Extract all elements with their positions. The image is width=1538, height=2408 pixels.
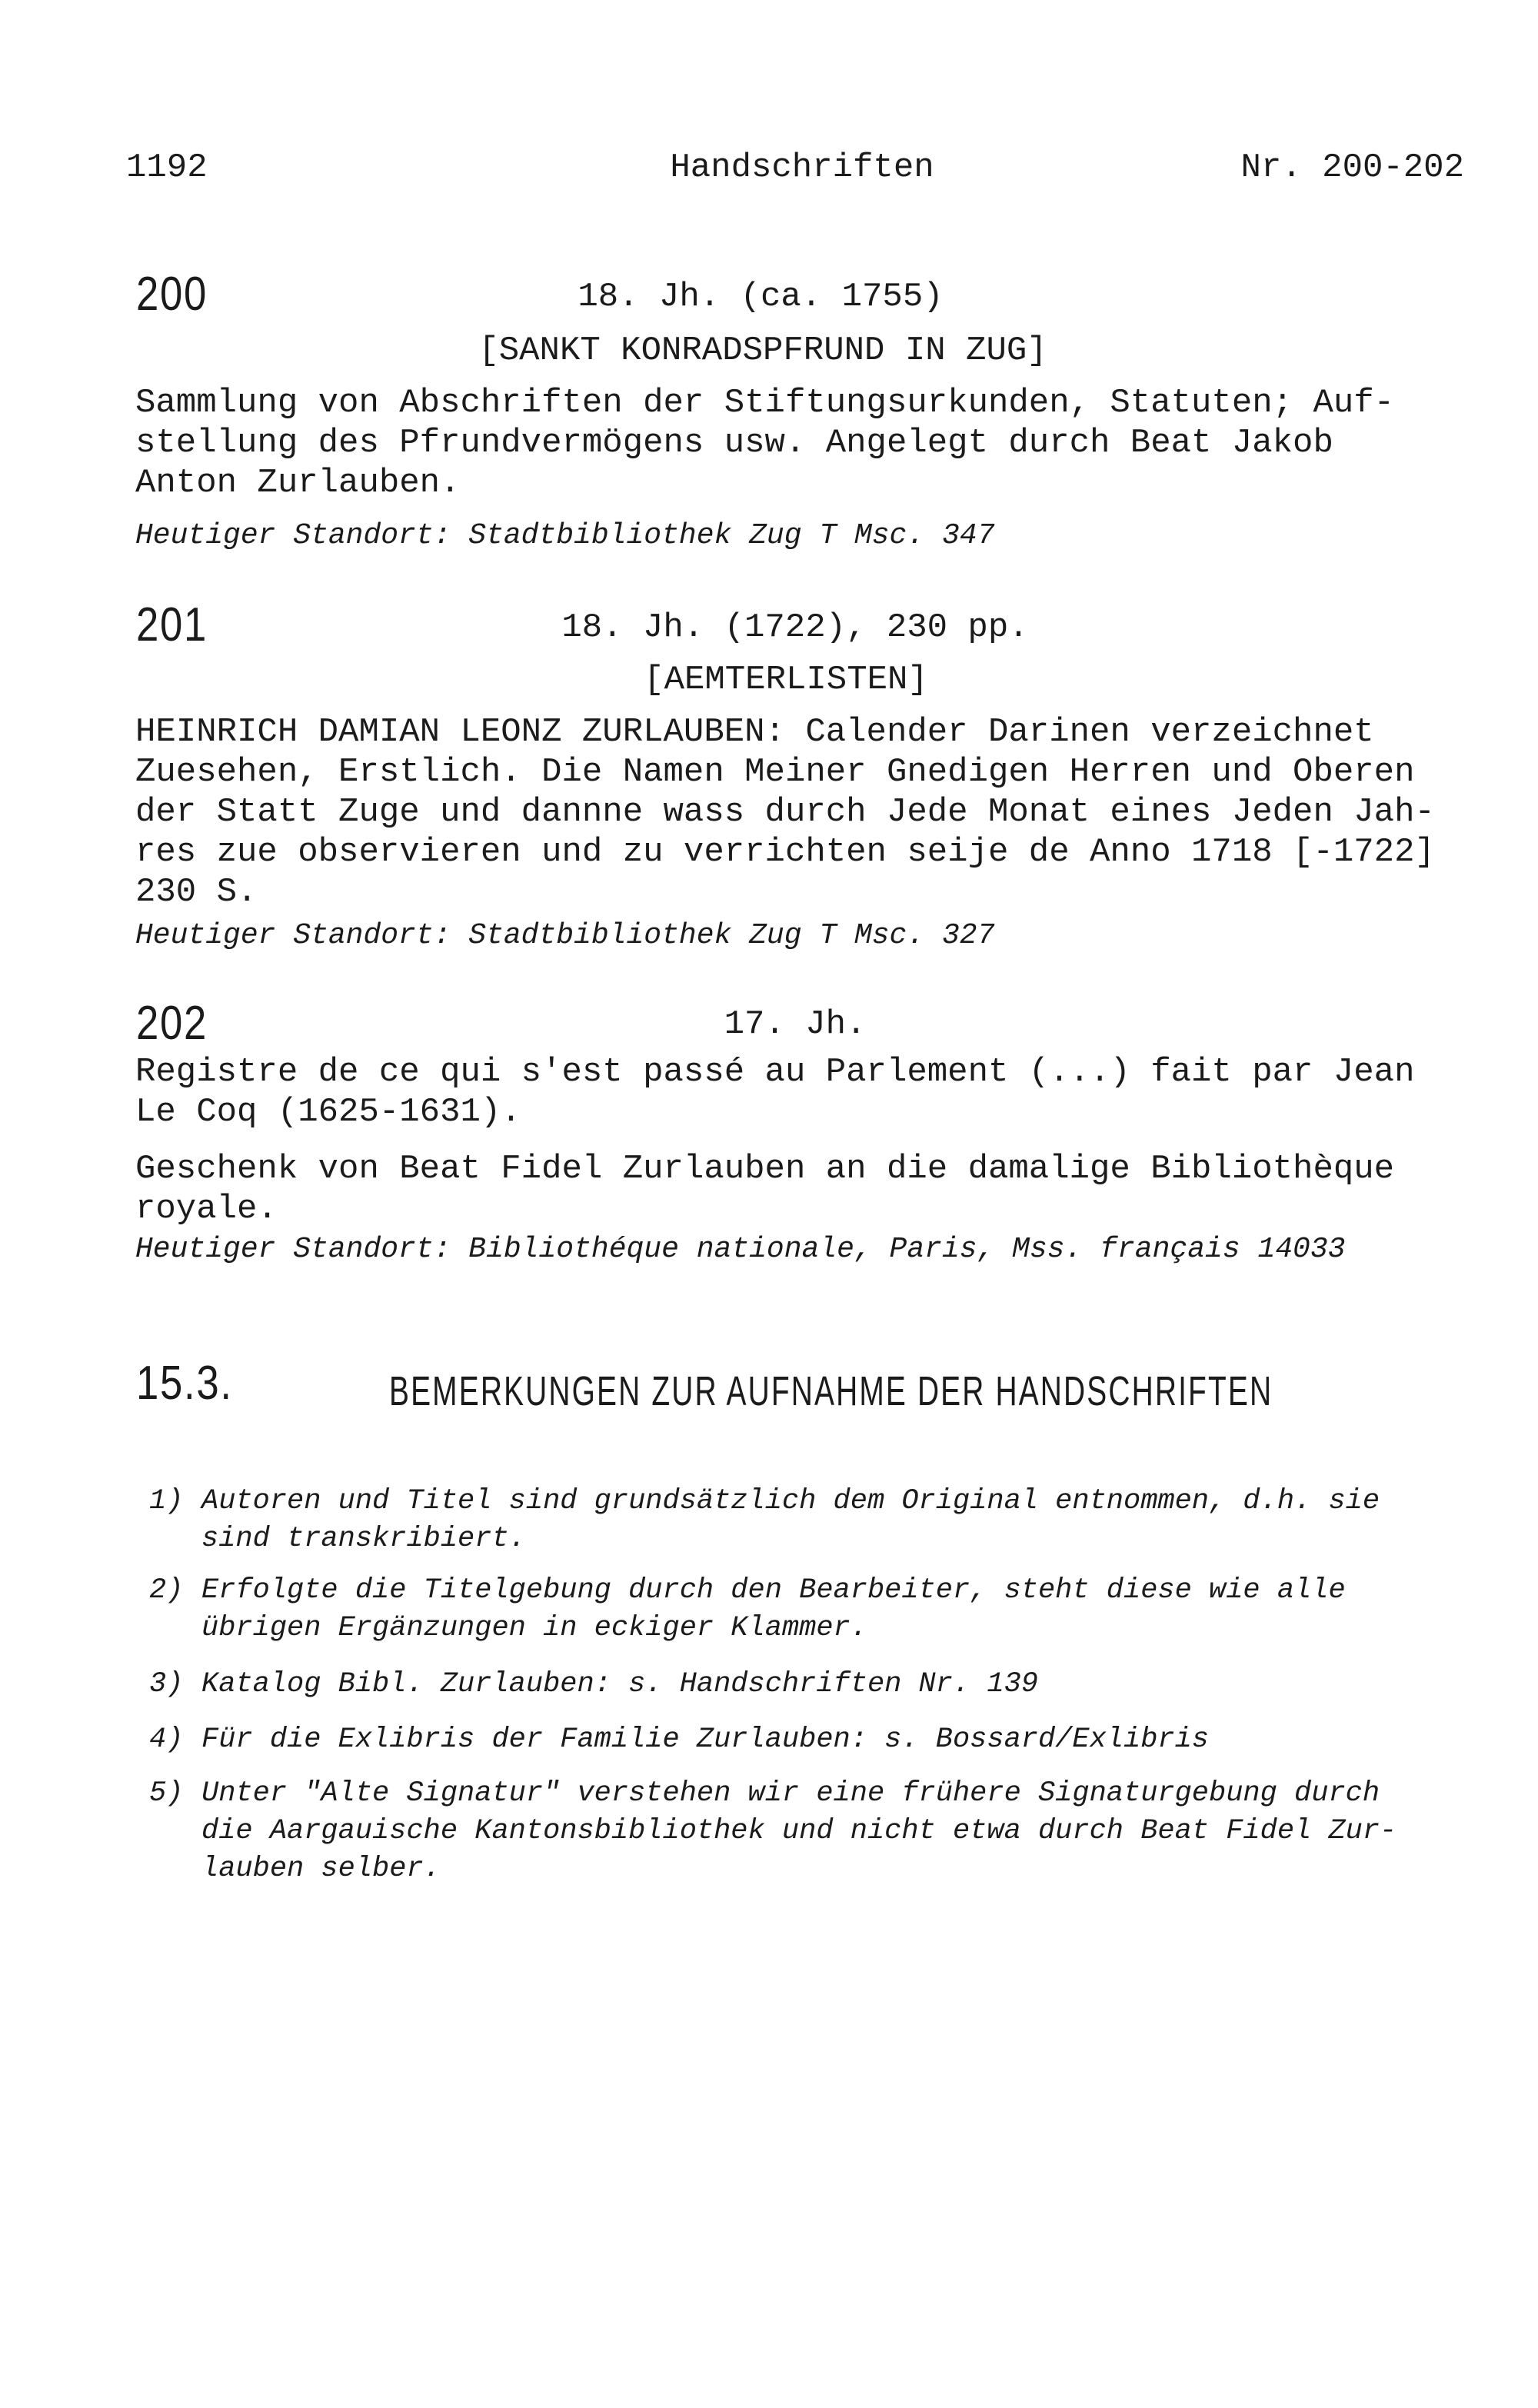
note-label: 2) xyxy=(149,1572,183,1610)
note-text: Unter "Alte Signatur" verstehen wir eine… xyxy=(201,1775,1397,1888)
entry-location-line: Heutiger Standort: Stadtbibliothek Zug T… xyxy=(135,918,994,954)
note-label: 4) xyxy=(149,1721,183,1759)
entry-title: [AEMTERLISTEN] xyxy=(644,660,928,700)
section-heading: BEMERKUNGEN ZUR AUFNAHME DER HANDSCHRIFT… xyxy=(389,1371,1273,1412)
entry-location-line: Heutiger Standort: Bibliothéque national… xyxy=(135,1232,1345,1267)
entry-provenance: Geschenk von Beat Fidel Zurlauben an die… xyxy=(135,1149,1394,1229)
section-number: 15.3. xyxy=(136,1360,233,1407)
note-label: 1) xyxy=(149,1483,183,1520)
entry-description: Sammlung von Abschriften der Stiftungsur… xyxy=(135,383,1394,503)
note-text: Autoren und Titel sind grundsätzlich dem… xyxy=(201,1483,1380,1558)
entry-number: 202 xyxy=(136,1000,208,1047)
entry-description: Registre de ce qui s'est passé au Parlem… xyxy=(135,1052,1414,1132)
entry-date: 18. Jh. (1722), 230 pp. xyxy=(561,608,1028,648)
entry-title: [SANKT KONRADSPFRUND IN ZUG] xyxy=(478,331,1047,371)
note-label: 3) xyxy=(149,1666,183,1704)
entry-number: 200 xyxy=(136,271,208,318)
note-label: 5) xyxy=(149,1775,183,1813)
page-number: 1192 xyxy=(126,148,208,188)
entry-number: 201 xyxy=(136,601,208,649)
entry-description: HEINRICH DAMIAN LEONZ ZURLAUBEN: Calende… xyxy=(135,712,1435,912)
running-title: Handschriften xyxy=(670,148,934,188)
entry-location-line: Heutiger Standort: Stadtbibliothek Zug T… xyxy=(135,518,994,554)
note-text: Für die Exlibris der Familie Zurlauben: … xyxy=(201,1721,1209,1759)
note-text: Katalog Bibl. Zurlauben: s. Handschrifte… xyxy=(201,1666,1038,1704)
entry-range: Nr. 200-202 xyxy=(1241,148,1464,188)
note-text: Erfolgte die Titelgebung durch den Bearb… xyxy=(201,1572,1346,1647)
scanned-catalog-page: 1192 Handschriften Nr. 200-202 200 18. J… xyxy=(0,0,1538,2408)
entry-date: 18. Jh. (ca. 1755) xyxy=(578,277,943,317)
entry-date: 17. Jh. xyxy=(724,1004,867,1044)
